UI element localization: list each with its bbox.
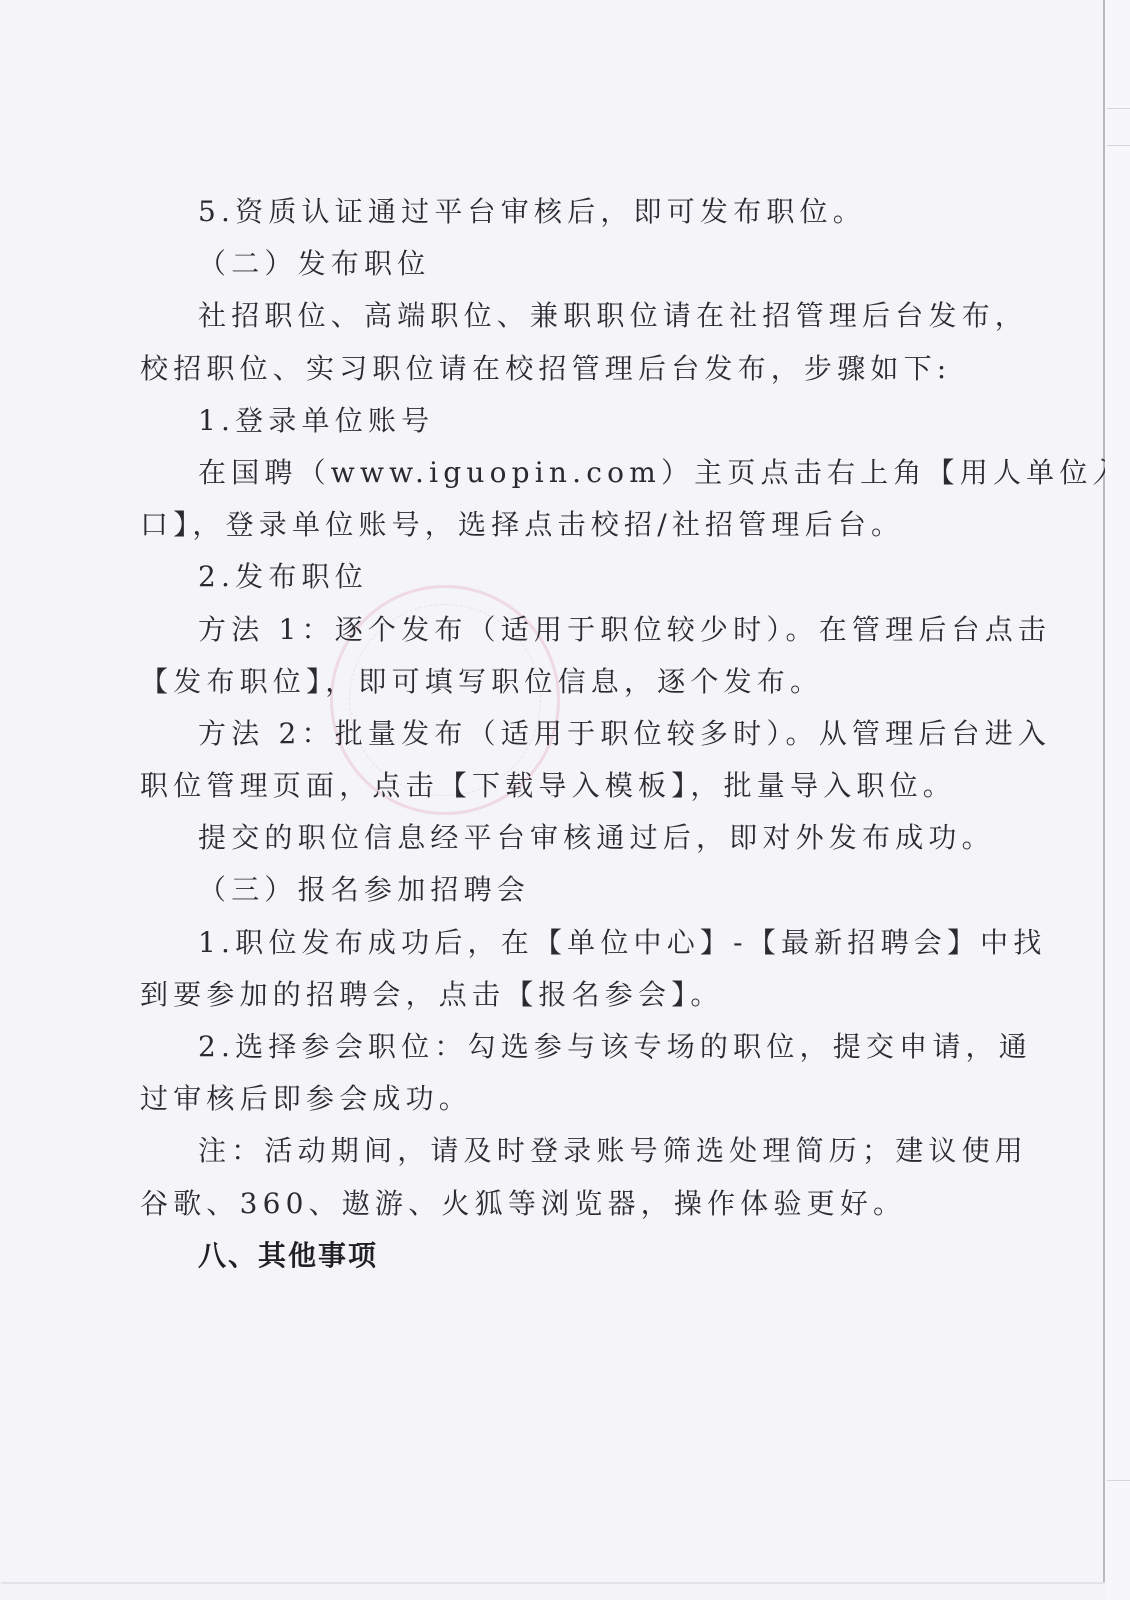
- paragraph-line: 方法 2：批量发布（适用于职位较多时）。从管理后台进入: [140, 708, 960, 760]
- step-heading-login: 1.登录单位账号: [140, 395, 960, 447]
- paragraph-line: 到要参加的招聘会，点击【报名参会】。: [140, 969, 960, 1021]
- scanned-page: 5.资质认证通过平台审核后，即可发布职位。 （二）发布职位 社招职位、高端职位、…: [0, 0, 1105, 1582]
- paragraph-line: 提交的职位信息经平台审核通过后，即对外发布成功。: [140, 812, 960, 864]
- paragraph-line: 校招职位、实习职位请在校招管理后台发布，步骤如下:: [140, 343, 960, 395]
- paragraph-line: 职位管理页面，点击【下载导入模板】，批量导入职位。: [140, 760, 960, 812]
- paragraph-line: 口】，登录单位账号，选择点击校招/社招管理后台。: [140, 499, 960, 551]
- paragraph-line: 2.选择参会职位：勾选参与该专场的职位，提交申请，通: [140, 1021, 960, 1073]
- paragraph-line: 5.资质认证通过平台审核后，即可发布职位。: [140, 186, 960, 238]
- paragraph-line: 社招职位、高端职位、兼职职位请在社招管理后台发布，: [140, 290, 960, 342]
- section-heading-other-matters: 八、其他事项: [140, 1230, 960, 1282]
- scan-artifact-line: [1107, 1480, 1130, 1481]
- note-line: 谷歌、360、遨游、火狐等浏览器，操作体验更好。: [140, 1178, 960, 1230]
- scan-artifact-line: [1107, 108, 1130, 109]
- step-heading-publish: 2.发布职位: [140, 551, 960, 603]
- section-heading-publish-positions: （二）发布职位: [140, 238, 960, 290]
- section-heading-register-fair: （三）报名参加招聘会: [140, 864, 960, 916]
- paragraph-line: 方法 1：逐个发布（适用于职位较少时）。在管理后台点击: [140, 604, 960, 656]
- scan-artifact-line: [1107, 145, 1130, 146]
- paragraph-line: 【发布职位】，即可填写职位信息，逐个发布。: [140, 656, 960, 708]
- scan-margin: [1105, 0, 1130, 1600]
- paragraph-line: 在国聘（www.iguopin.com）主页点击右上角【用人单位入: [140, 447, 960, 499]
- note-line: 注：活动期间，请及时登录账号筛选处理简历；建议使用: [140, 1125, 960, 1177]
- document-body: 5.资质认证通过平台审核后，即可发布职位。 （二）发布职位 社招职位、高端职位、…: [140, 186, 960, 1282]
- paragraph-line: 1.职位发布成功后，在【单位中心】-【最新招聘会】中找: [140, 917, 960, 969]
- paragraph-line: 过审核后即参会成功。: [140, 1073, 960, 1125]
